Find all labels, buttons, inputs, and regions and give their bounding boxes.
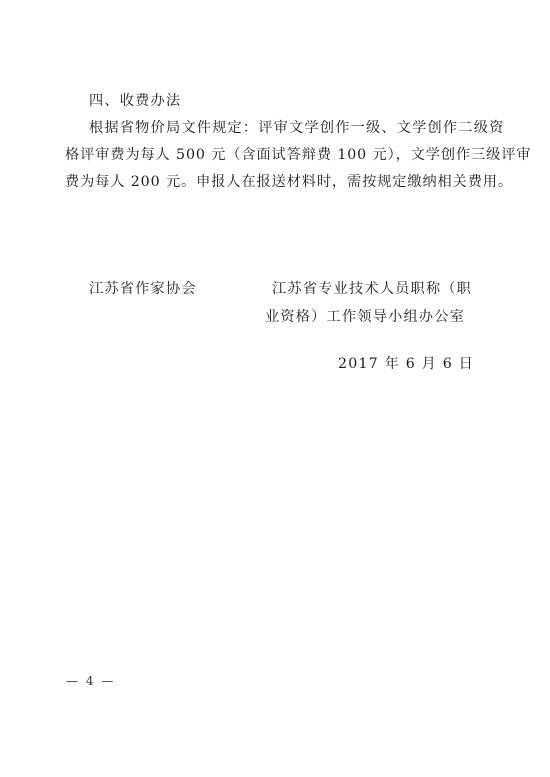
page-number: — 4 — — [66, 674, 115, 688]
paragraph-line: 格评审费为每人 500 元（含面试答辩费 100 元），文学创作三级评审 — [65, 146, 531, 164]
document-date: 2017 年 6 月 6 日 — [338, 355, 474, 373]
signature-right-line1: 江苏省专业技术人员职称（职 — [272, 280, 472, 298]
section-heading: 四、收费办法 — [89, 92, 181, 110]
signature-left: 江苏省作家协会 — [89, 280, 197, 298]
paragraph-line: 费为每人 200 元。申报人在报送材料时，需按规定缴纳相关费用。 — [65, 173, 513, 191]
paragraph-line: 根据省物价局文件规定：评审文学创作一级、文学创作二级资 — [89, 119, 504, 137]
signature-right-line2: 业资格）工作领导小组办公室 — [265, 308, 465, 326]
